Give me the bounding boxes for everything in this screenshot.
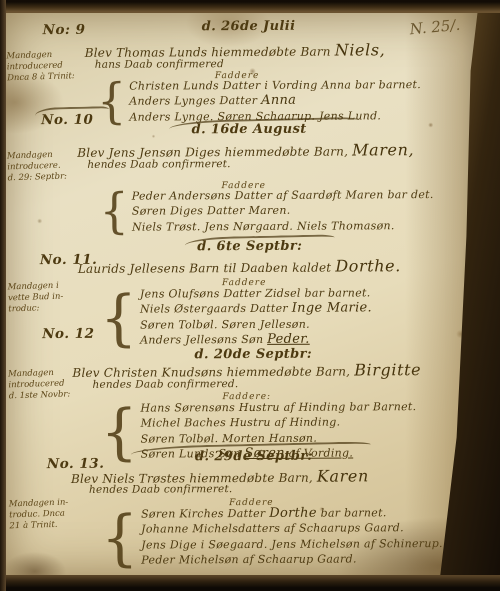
entry-12-text-2: hendes Daab confirmered.	[92, 378, 238, 391]
parish-register-page: No: 9 d. 26de Julii N. 25/. Mandagen int…	[0, 0, 500, 591]
fadder-line: Jens Dige i Søegaard. Jens Michelsøn af …	[141, 536, 443, 553]
fadder-line: Johanne Michelsdatters af Schaarups Gaar…	[141, 520, 443, 537]
fadder-line: Michel Baches Hustru af Hinding.	[141, 414, 417, 431]
fadder-text: Michel Baches Hustru af Hinding.	[141, 416, 341, 430]
fadder-line: Christen Lunds Datter i Vording Anna bar…	[129, 77, 421, 94]
frame-left-edge	[0, 0, 6, 591]
fadder-text: Hans Sørensøns Hustru af Hinding bar Bar…	[140, 400, 416, 414]
entry-12-number: No. 12	[42, 326, 94, 342]
brace-glyph: {	[99, 190, 129, 234]
fadder-text: Niels Trøst. Jens Nørgaard. Niels Thomas…	[132, 219, 395, 233]
fadder-name: Anna	[261, 93, 296, 108]
fadder-text: Søren Kirches Datter	[141, 507, 269, 521]
fadder-text: Søren Diges Datter Maren.	[132, 204, 291, 218]
fadder-text: Jens Dige i Søegaard. Jens Michelsøn af …	[141, 537, 443, 552]
entry-13-faddere-list: { Søren Kirches Datter Dorthe bar barnet…	[101, 505, 443, 568]
fadder-line: Niels Østergaards Datter Inge Marie.	[140, 301, 372, 318]
fadder-text: Jens Olufsøns Datter Zidsel bar barnet.	[140, 286, 371, 300]
entry-9-date: d. 26de Julii	[139, 18, 359, 34]
fadder-line: Søren Tolbøl. Søren Jellesøn.	[140, 316, 372, 333]
entry-11-faddere-list: { Jens Olufsøns Datter Zidsel bar barnet…	[100, 285, 372, 348]
brace-glyph: {	[100, 290, 137, 345]
fadder-text: Anders Jellesøns Søn	[140, 333, 267, 347]
fadder-line: Søren Kirches Datter Dorthe bar barnet.	[141, 505, 443, 522]
entry-9-faddere-lines: Christen Lunds Datter i Vording Anna bar…	[129, 77, 421, 125]
fadder-line: Hans Sørensøns Hustru af Hinding bar Bar…	[140, 399, 416, 416]
entry-11-child-name: Dorthe.	[335, 256, 401, 275]
brace-glyph: {	[97, 80, 127, 124]
entry-11-margin-note: Mandagen i vette Bud in- troduc:	[8, 280, 91, 316]
fadder-text: Johanne Michelsdatters af Schaarups Gaar…	[141, 522, 404, 536]
entry-9-margin-note: Mandagen introducered Dnca 8 à Trinit:	[6, 49, 89, 85]
entry-9-text-2: hans Daab confirmered	[95, 58, 224, 71]
entry-13-faddere-lines: Søren Kirches Datter Dorthe bar barnet. …	[141, 505, 443, 568]
fadder-text: Peder Michelsøn af Schaarup Gaard.	[141, 552, 357, 566]
fadder-line: Anders Jellesøns Søn Peder.	[140, 331, 372, 348]
entry-10-text-2: hendes Daab confirmeret.	[87, 158, 230, 171]
entry-10-faddere-lines: Peder Andersøns Datter af Saardøft Maren…	[132, 187, 434, 235]
entry-13-margin-note: Mandagen in- troduc. Dnca 21 à Trinit.	[9, 497, 92, 533]
fadder-line: Anders Lynges Datter Anna	[129, 92, 421, 109]
entry-10-number: No. 10	[41, 112, 93, 128]
fadder-line: Søren Diges Datter Maren.	[132, 202, 434, 219]
fadder-name: Inge Marie.	[292, 301, 372, 316]
entry-10-faddere-list: { Peder Andersøns Datter af Saardøft Mar…	[99, 187, 433, 235]
fadder-line: Peder Andersøns Datter af Saardøft Maren…	[132, 187, 434, 204]
entry-9-child-name: Niels,	[335, 40, 386, 59]
fadder-line: Peder Michelsøn af Schaarup Gaard.	[141, 551, 443, 568]
entry-9-faddere-list: { Christen Lunds Datter i Vording Anna b…	[97, 77, 421, 125]
entry-13-date: d. 29de Septbr:	[169, 449, 339, 465]
fadder-text: bar barnet.	[317, 506, 387, 519]
entry-10-date: d. 16de August	[149, 121, 349, 137]
fadder-text: Anders Lynges Datter	[129, 94, 261, 108]
fadder-name: Dorthe	[269, 506, 317, 521]
fadder-text: Peder Andersøns Datter af Saardøft Maren…	[132, 188, 434, 203]
fadder-line: Jens Olufsøns Datter Zidsel bar barnet.	[140, 285, 372, 302]
frame-top-edge	[0, 0, 500, 13]
entry-11-text-pre: Laurids Jellesens Barn til Daaben kaldet	[78, 261, 336, 276]
fadder-text: Christen Lunds Datter i Vording Anna bar…	[129, 78, 421, 93]
entry-13-text-2: hendes Daab confirmeret.	[89, 483, 232, 496]
fadder-name: Peder.	[267, 332, 310, 347]
entry-9-number: No: 9	[43, 22, 86, 38]
fadder-line: Niels Trøst. Jens Nørgaard. Niels Thomas…	[132, 218, 434, 235]
entry-11-date: d. 6te Septbr:	[160, 239, 340, 255]
entry-11-faddere-lines: Jens Olufsøns Datter Zidsel bar barnet. …	[140, 285, 372, 348]
brace-glyph: {	[101, 404, 138, 459]
brace-glyph: {	[101, 510, 138, 565]
entry-13-child-name: Karen	[317, 466, 369, 485]
frame-bottom-edge	[0, 575, 500, 591]
entry-11-text: Laurids Jellesens Barn til Daaben kaldet…	[78, 256, 401, 277]
fadder-text: Søren Tolbøl. Søren Jellesøn.	[140, 317, 310, 331]
fadder-text: Niels Østergaards Datter	[140, 302, 292, 316]
